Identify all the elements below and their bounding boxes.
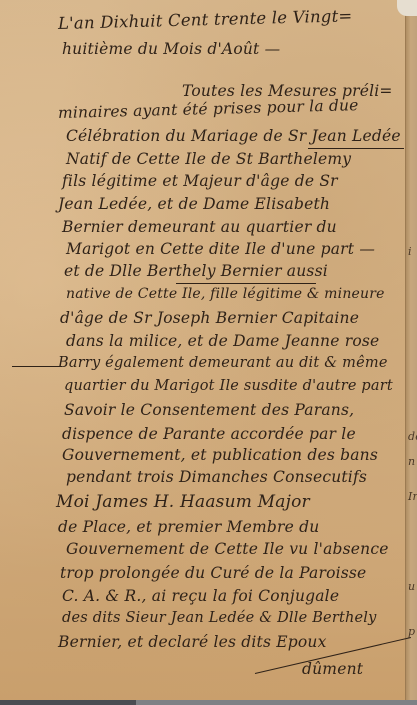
margin-fragment: de <box>408 430 417 443</box>
document-viewer: L'an Dixhuit Cent trente le Vingt= huiti… <box>0 0 417 705</box>
margin-fragment: Ir <box>408 490 417 503</box>
right-margin-fragments: i de n Ir u p <box>0 0 405 700</box>
viewer-bottom-bar-left <box>0 700 136 705</box>
adjacent-page-edge <box>405 0 417 700</box>
margin-fragment: u <box>408 580 415 593</box>
margin-fragment: n <box>408 455 415 468</box>
viewer-bottom-bar-right <box>136 700 417 705</box>
margin-fragment: i <box>408 245 412 258</box>
margin-fragment: p <box>408 625 415 638</box>
